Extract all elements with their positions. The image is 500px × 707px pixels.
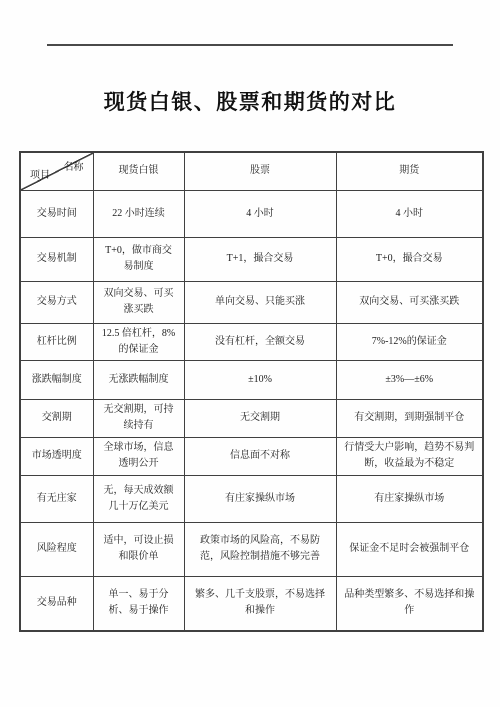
cell: ±3%—±6% bbox=[336, 360, 483, 399]
cell: 无涨跌幅制度 bbox=[93, 360, 184, 399]
cell: 品种类型繁多、不易选择和操作 bbox=[336, 576, 483, 631]
table-row: 有无庄家 无，每天成效额几十万亿美元 有庄家操纵市场 有庄家操纵市场 bbox=[20, 475, 483, 522]
cell: 没有杠杆，全额交易 bbox=[184, 323, 336, 360]
cell: 政策市场的风险高，不易防范，风险控制措施不够完善 bbox=[184, 522, 336, 576]
comparison-table: 名称 项目 现货白银 股票 期货 交易时间 22 小时连续 4 小时 4 小时 … bbox=[19, 151, 484, 632]
cell: 12.5 倍杠杆，8%的保证金 bbox=[93, 323, 184, 360]
cell: 无交割期 bbox=[184, 399, 336, 437]
row-label: 交易时间 bbox=[20, 190, 93, 237]
cell: 双向交易、可买涨买跌 bbox=[93, 281, 184, 323]
table-row: 市场透明度 全球市场，信息透明公开 信息面不对称 行情受大户影响，趋势不易判断，… bbox=[20, 437, 483, 475]
cell: 双向交易、可买涨买跌 bbox=[336, 281, 483, 323]
cell: 7%-12%的保证金 bbox=[336, 323, 483, 360]
row-label: 交割期 bbox=[20, 399, 93, 437]
cell: 单一、易于分析、易于操作 bbox=[93, 576, 184, 631]
table-row: 交易品种 单一、易于分析、易于操作 繁多、几千支股票，不易选择和操作 品种类型繁… bbox=[20, 576, 483, 631]
cell: T+0，撮合交易 bbox=[336, 237, 483, 281]
table-row: 交易方式 双向交易、可买涨买跌 单向交易、只能买涨 双向交易、可买涨买跌 bbox=[20, 281, 483, 323]
table-header-row: 名称 项目 现货白银 股票 期货 bbox=[20, 152, 483, 190]
cell: 22 小时连续 bbox=[93, 190, 184, 237]
row-label: 涨跌幅制度 bbox=[20, 360, 93, 399]
cell: 4 小时 bbox=[336, 190, 483, 237]
corner-label-name: 名称 bbox=[64, 160, 84, 176]
cell: 保证金不足时会被强制平仓 bbox=[336, 522, 483, 576]
cell: 单向交易、只能买涨 bbox=[184, 281, 336, 323]
table-row: 涨跌幅制度 无涨跌幅制度 ±10% ±3%—±6% bbox=[20, 360, 483, 399]
cell: T+1，撮合交易 bbox=[184, 237, 336, 281]
document-page: 现货白银、股票和期货的对比 名称 项目 现货白银 股票 期货 交易时间 22 小… bbox=[0, 0, 500, 707]
cell: 行情受大户影响，趋势不易判断，收益最为不稳定 bbox=[336, 437, 483, 475]
row-label: 交易机制 bbox=[20, 237, 93, 281]
cell: 有庄家操纵市场 bbox=[336, 475, 483, 522]
row-label: 风险程度 bbox=[20, 522, 93, 576]
cell: 4 小时 bbox=[184, 190, 336, 237]
row-label: 市场透明度 bbox=[20, 437, 93, 475]
corner-cell: 名称 项目 bbox=[20, 152, 93, 190]
table-row: 杠杆比例 12.5 倍杠杆，8%的保证金 没有杠杆，全额交易 7%-12%的保证… bbox=[20, 323, 483, 360]
column-header-futures: 期货 bbox=[336, 152, 483, 190]
corner-label-item: 项目 bbox=[30, 168, 50, 184]
cell: 全球市场，信息透明公开 bbox=[93, 437, 184, 475]
table-row: 交易机制 T+0，做市商交易制度 T+1，撮合交易 T+0，撮合交易 bbox=[20, 237, 483, 281]
cell: 无，每天成效额几十万亿美元 bbox=[93, 475, 184, 522]
table-row: 交割期 无交割期，可持续持有 无交割期 有交割期，到期强制平仓 bbox=[20, 399, 483, 437]
row-label: 交易品种 bbox=[20, 576, 93, 631]
row-label: 有无庄家 bbox=[20, 475, 93, 522]
column-header-spot-silver: 现货白银 bbox=[93, 152, 184, 190]
column-header-stocks: 股票 bbox=[184, 152, 336, 190]
table-row: 风险程度 适中，可设止损和限价单 政策市场的风险高，不易防范，风险控制措施不够完… bbox=[20, 522, 483, 576]
cell: 有交割期，到期强制平仓 bbox=[336, 399, 483, 437]
cell: T+0，做市商交易制度 bbox=[93, 237, 184, 281]
cell: 有庄家操纵市场 bbox=[184, 475, 336, 522]
cell: 信息面不对称 bbox=[184, 437, 336, 475]
table-row: 交易时间 22 小时连续 4 小时 4 小时 bbox=[20, 190, 483, 237]
cell: 适中，可设止损和限价单 bbox=[93, 522, 184, 576]
page-title: 现货白银、股票和期货的对比 bbox=[0, 86, 500, 116]
row-label: 杠杆比例 bbox=[20, 323, 93, 360]
cell: 无交割期，可持续持有 bbox=[93, 399, 184, 437]
row-label: 交易方式 bbox=[20, 281, 93, 323]
header-rule bbox=[47, 44, 453, 46]
cell: ±10% bbox=[184, 360, 336, 399]
cell: 繁多、几千支股票，不易选择和操作 bbox=[184, 576, 336, 631]
